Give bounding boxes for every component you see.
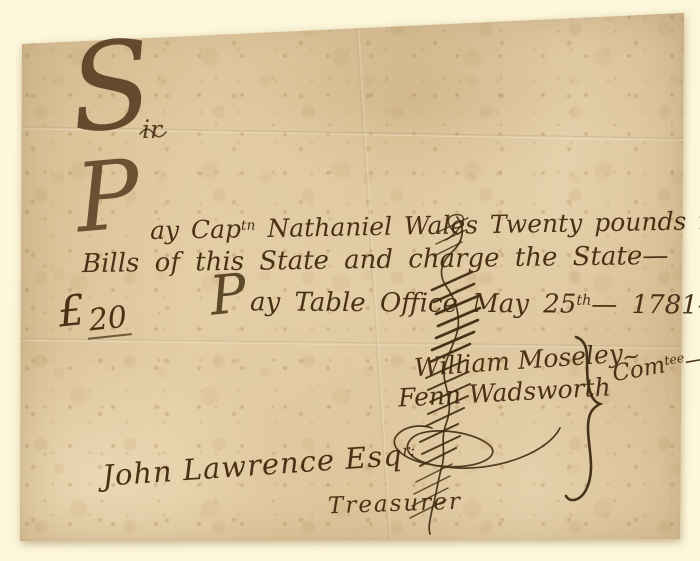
document-paper-wrap — [18, 10, 686, 543]
paper-edge-shading — [18, 10, 686, 543]
document-paper — [18, 10, 686, 543]
photo-background: S ir P ay Captn Nathaniel Wales Twenty p… — [0, 0, 700, 561]
